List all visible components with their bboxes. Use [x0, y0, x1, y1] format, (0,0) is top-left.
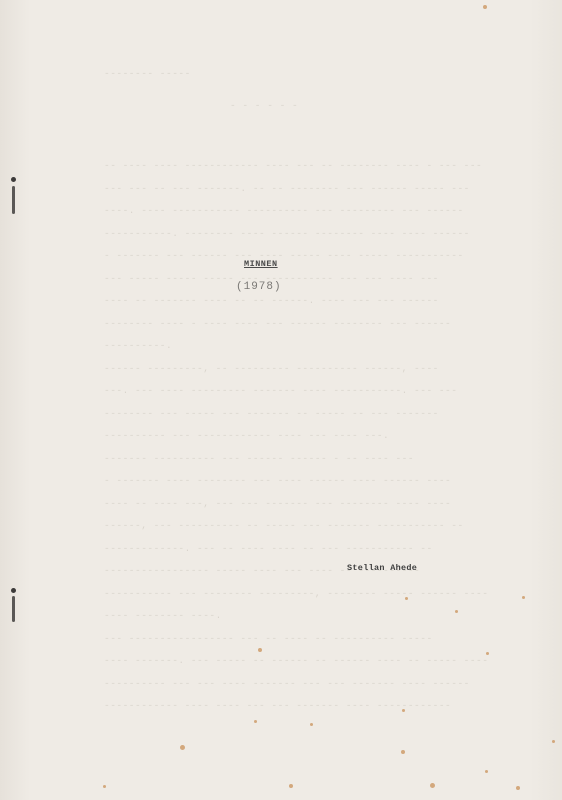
ghost-line: ---- -- ------- ---- -- -- ------. ---- …: [104, 295, 439, 306]
ghost-line: - ------- --- ------ --- ---- ----- ----…: [104, 250, 464, 261]
ghost-line: ------------ ---- ---- --- --- ------- -…: [104, 700, 451, 711]
ghost-line: -----------. -------- ---- ------ ------…: [104, 228, 470, 239]
foxing-spot: [522, 596, 525, 599]
staple-hole-top: [11, 177, 16, 182]
ghost-header: -------- -----: [104, 68, 191, 79]
ghost-line: -------------. --- -- ---- ---- -- --- -…: [104, 543, 433, 554]
foxing-spot: [103, 785, 106, 788]
document-page: -------- ----- - - - - - - -- ---- ---- …: [0, 0, 562, 800]
foxing-spot: [516, 786, 520, 790]
foxing-spot: [485, 770, 488, 773]
ghost-line: --- --- -- --- -------. -- -- -------- -…: [104, 183, 470, 194]
foxing-spot: [180, 745, 185, 750]
foxing-spot: [455, 610, 458, 613]
foxing-spot: [552, 740, 555, 743]
ghost-line: ----------- --- -------- ---------, ----…: [104, 588, 488, 599]
ghost-line: ---- -- ---- ---, --- --- ------- --- --…: [104, 498, 451, 509]
ghost-line: ------ ---------, -- --------- ---------…: [104, 363, 439, 374]
ghost-line: --- ----------------- --- -- ---- -- ---…: [104, 633, 433, 644]
ghost-line: ----------.: [104, 340, 172, 351]
ghost-line: -- ---- ---- ------------ ---- --- -- --…: [104, 160, 482, 171]
foxing-spot: [402, 709, 405, 712]
staple-hole-bottom: [11, 588, 16, 593]
foxing-spot: [483, 5, 487, 9]
ghost-line: - ------- ---- -------- --- ---- ------ …: [104, 475, 451, 486]
ghost-line: ---. --- ---- --------- ------- ---- ---…: [104, 385, 457, 396]
ghost-line: ---- -------- ----.: [104, 610, 222, 621]
foxing-spot: [430, 783, 435, 788]
foxing-spot: [258, 648, 262, 652]
ghost-line: ------- ---------- --- ------ ------ - -…: [104, 453, 414, 464]
foxing-spot: [486, 652, 489, 655]
document-year: (1978): [236, 281, 282, 293]
ghost-line: ----. ---- ----------- ---------- --- --…: [104, 205, 464, 216]
foxing-spot: [254, 720, 257, 723]
document-title: MINNEN: [244, 259, 278, 269]
staple-bottom: [12, 596, 15, 622]
ghost-line: -------- --- ----- --- ------- -- ----- …: [104, 408, 439, 419]
foxing-spot: [310, 723, 313, 726]
staple-top: [12, 186, 15, 214]
ghost-line: -------- ---- - ---- ---- --- ------ ---…: [104, 318, 451, 329]
document-author: Stellan Ahede: [347, 563, 417, 573]
foxing-spot: [405, 597, 408, 600]
ghost-line: ---- -------. --- ----- -- ------ -- ---…: [104, 655, 488, 666]
ghost-heading: - - - - - -: [230, 100, 298, 111]
foxing-spot: [289, 784, 293, 788]
ghost-line: ------, --- ---------- -- ----- --- ----…: [104, 520, 464, 531]
ghost-line: ---------- --- ------------ ---- --- ---…: [104, 430, 389, 441]
ghost-line: ---------- --- --- ---- ------- --- --- …: [104, 678, 470, 689]
foxing-spot: [401, 750, 405, 754]
